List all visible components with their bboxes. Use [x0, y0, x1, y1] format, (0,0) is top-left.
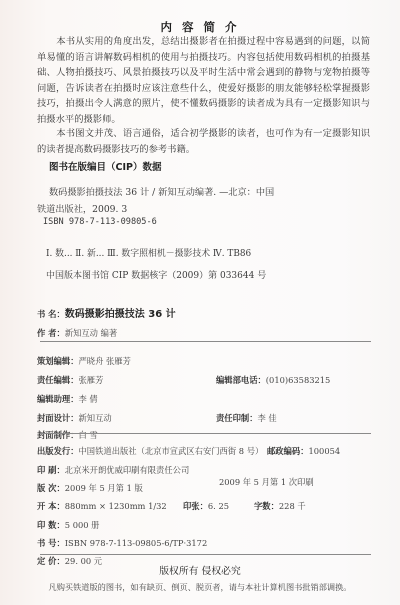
book-title-label: 书 名： [37, 309, 65, 319]
cip-record-number: 中国版本图书馆 CIP 数据核字（2009）第 033644 号 [46, 268, 266, 281]
printing: 2009 年 5 月第 1 次印刷 [219, 476, 314, 488]
cover-design: 新知互动 [79, 413, 112, 423]
summary-paragraph-1: 本书从实用的角度出发，总结出摄影者在拍摄过程中容易遇到的问题，以简单易懂的语言讲… [37, 34, 370, 128]
cip-isbn: ISBN 978-7-113-09805-6 [43, 217, 157, 227]
format-label: 开 本： [37, 501, 65, 511]
responsible-editor-label: 责任编辑： [37, 375, 79, 385]
cip-classification: Ⅰ. 数... Ⅱ. 新... Ⅲ. 数字照相机－摄影技术 Ⅳ. TB86 [46, 246, 251, 259]
book-title: 数码摄影拍摄技法 36 计 [65, 309, 176, 320]
edition: 2009 年 5 月第 1 版 [65, 483, 143, 493]
editorial-assistant-label: 编辑助理： [37, 394, 79, 404]
author-label: 作 者： [37, 328, 65, 338]
publisher-label: 出版发行： [37, 446, 79, 456]
cip-title: 图书在版编目（CIP）数据 [49, 159, 161, 173]
sheets-row: 印张：6. 25 [183, 494, 229, 513]
book-number-row: 书 号：ISBN 978-7-113-09805-6/TP·3172 [37, 531, 207, 550]
words-label: 字数： [254, 501, 279, 511]
editorial-assistant-row: 编辑助理：李 倩 [37, 387, 98, 406]
print-manager-label: 责任印制： [216, 413, 258, 423]
planning-editor-label: 策划编辑： [37, 356, 79, 366]
planning-editor: 严晓舟 张雁芳 [79, 356, 131, 366]
copies-label: 印 数： [37, 520, 65, 530]
responsible-editor-row: 责任编辑：张雁芳 [37, 368, 103, 387]
postcode-row: 邮政编码：100054 [267, 439, 340, 458]
publisher-row: 出版发行：中国铁道出版社（北京市宣武区右安门西街 8 号） [37, 439, 263, 458]
editorial-phone-label: 编辑部电话： [216, 375, 266, 385]
copyright-title: 版权所有 侵权必究 [0, 563, 400, 577]
summary-heading: 内 容 简 介 [0, 19, 400, 35]
copies-row: 印 数：5 000 册 [37, 513, 99, 532]
editorial-assistant: 李 倩 [79, 394, 98, 404]
printer-label: 印 刷： [37, 465, 65, 475]
book-number: ISBN 978-7-113-09805-6/TP·3172 [65, 538, 207, 548]
printer: 北京米开朗优威印刷有限责任公司 [65, 465, 189, 475]
postcode: 100054 [309, 446, 341, 456]
author-row: 作 者：新知互动 编著 [37, 321, 117, 340]
editorial-phone-row: 编辑部电话：(010)63583215 [216, 368, 330, 387]
sheets: 6. 25 [208, 501, 229, 511]
words-row: 字数：228 千 [254, 494, 306, 513]
divider [40, 433, 371, 434]
divider [40, 554, 371, 555]
editorial-phone: (010)63583215 [266, 375, 331, 385]
book-number-label: 书 号： [37, 538, 65, 548]
postcode-label: 邮政编码： [267, 446, 309, 456]
format: 880mm × 1230mm 1/32 [65, 501, 167, 511]
cover-design-label: 封面设计： [37, 413, 79, 423]
edition-label: 版 次： [37, 483, 65, 493]
cip-line-2: 铁道出版社，2009. 3 [37, 201, 127, 215]
responsible-editor: 张雁芳 [79, 375, 104, 385]
copies: 5 000 册 [65, 520, 100, 530]
print-manager-row: 责任印制：李 佳 [216, 406, 277, 425]
cip-line-1: 数码摄影拍摄技法 36 计 / 新知互动编著. —北京：中国 [49, 184, 274, 198]
summary-paragraph-2: 本书图文并茂、语言通俗，适合初学摄影的读者，也可作为有一定摄影知识的读者提高数码… [37, 126, 370, 157]
divider [40, 341, 371, 342]
edition-row: 版 次：2009 年 5 月第 1 版 [37, 476, 143, 495]
print-manager: 李 佳 [258, 413, 277, 423]
planning-editor-row: 策划编辑：严晓舟 张雁芳 [37, 349, 131, 368]
copyright-note: 凡购买铁道版的图书，如有缺页、倒页、脱页者，请与本社计算机图书批销部调换。 [0, 582, 400, 593]
format-row: 开 本：880mm × 1230mm 1/32 [37, 494, 167, 513]
book-title-row: 书 名：数码摄影拍摄技法 36 计 [37, 302, 176, 321]
printer-row: 印 刷：北京米开朗优威印刷有限责任公司 [37, 458, 189, 477]
words: 228 千 [279, 501, 306, 511]
author: 新知互动 编著 [65, 328, 117, 338]
publisher: 中国铁道出版社（北京市宣武区右安门西街 8 号） [79, 446, 264, 456]
sheets-label: 印张： [183, 501, 208, 511]
